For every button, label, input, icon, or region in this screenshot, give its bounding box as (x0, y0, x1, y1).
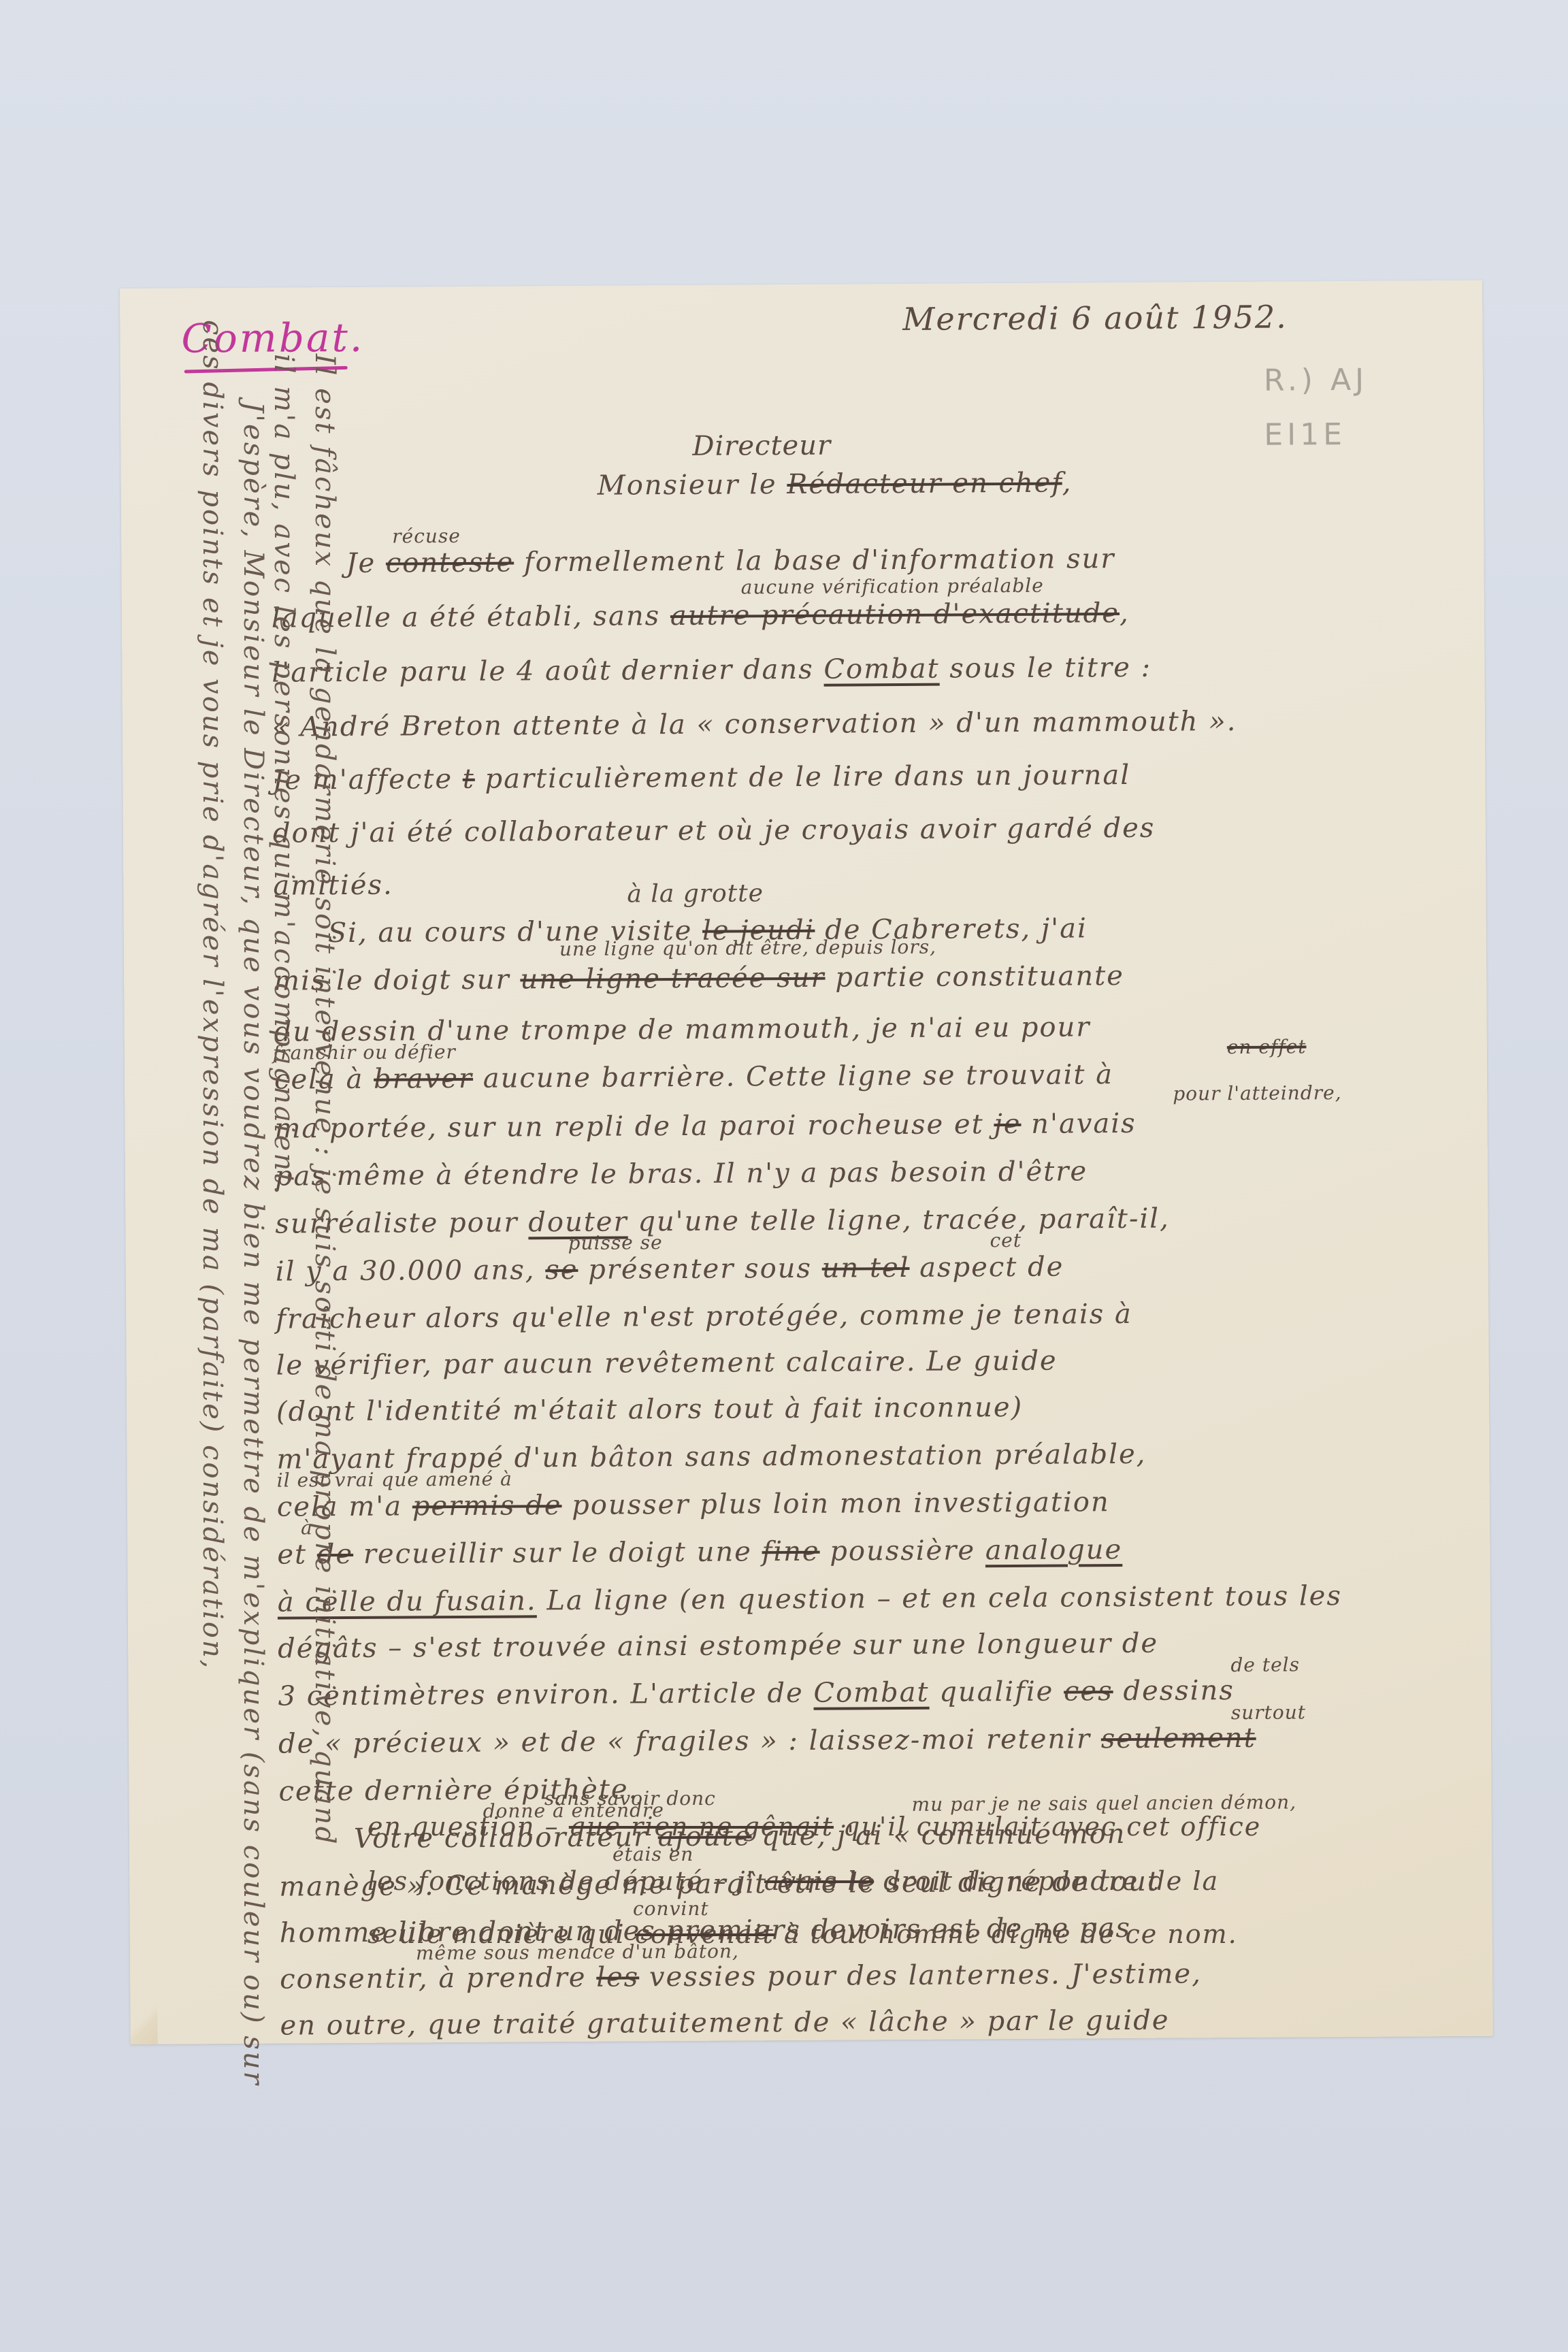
body-line: mis le doigt sur une ligne tracée sur pa… (274, 960, 1124, 998)
body-line: de « précieux » et de « fragiles » : lai… (278, 1722, 1256, 1761)
insert-struck: en effet (1227, 1036, 1307, 1058)
insert: il est vrai que amené à (277, 1469, 512, 1491)
letter-paper: Combat. Mercredi 6 août 1952. R.) AJ EI1… (120, 280, 1493, 2044)
body-line: 3 centimètres environ. L'article de Comb… (278, 1674, 1234, 1713)
body-line: il y a 30.000 ans, se présenter sous un … (276, 1251, 1064, 1288)
body-line: amitiés. (273, 869, 393, 902)
body-line: en outre, que traité gratuitement de « l… (280, 2004, 1169, 2042)
body-line: Votre collaborateur ajoute que, j'ai « c… (354, 1818, 1126, 1855)
header-underline (184, 366, 348, 374)
body-line: laquelle a été établi, sans autre précau… (272, 597, 1130, 635)
insert: surtout (1231, 1702, 1306, 1723)
salutation-insert: Directeur (692, 436, 831, 457)
salutation-prefix: Monsieur le (598, 469, 777, 502)
header-tag-combat: Combat. (181, 314, 364, 362)
body-line: « André Breton attente à la « conservati… (272, 705, 1237, 744)
body-line: et de recueillir sur le doigt une fine p… (277, 1533, 1122, 1571)
body-line: dégâts – s'est trouvée ainsi estompée su… (278, 1627, 1158, 1665)
underlined-combat: Combat (823, 653, 939, 685)
body-line: manège ». Ce manège me paraît être le se… (279, 1865, 1160, 1904)
insert: récuse (392, 526, 461, 547)
pencil-mark-1: R.) AJ (1264, 363, 1369, 398)
body-line: le vérifier, par aucun revêtement calcai… (276, 1345, 1058, 1382)
body-line: dont j'ai été collaborateur et où je cro… (273, 812, 1156, 850)
insert: mu par je ne sais quel ancien démon, (912, 1792, 1297, 1814)
body-line: (dont l'identité m'était alors tout à fa… (276, 1391, 1023, 1428)
insert: à la grotte (627, 883, 764, 904)
insert: de tels (1230, 1654, 1300, 1676)
insert: à (301, 1518, 313, 1538)
insert: pour l'atteindre, (1173, 1083, 1341, 1105)
insert: une ligne qu'on dit être, depuis lors, (559, 937, 936, 960)
body-line: fraîcheur alors qu'elle n'est protégée, … (276, 1298, 1132, 1336)
body-line: surréaliste pour douter qu'une telle lig… (275, 1203, 1170, 1241)
insert: donne à entendre (483, 1800, 664, 1822)
body-line: à celle du fusain. La ligne (en question… (278, 1580, 1342, 1619)
body-line: cela à braver aucune barrière. Cette lig… (274, 1058, 1113, 1096)
salutation-struck: Rédacteur en chef (787, 468, 1062, 500)
body-line: Je m'affecte t particulièrement de le li… (272, 759, 1130, 797)
body-line: l'article paru le 4 août dernier dans Co… (272, 651, 1151, 689)
insert: aucune vérification préalable (741, 576, 1044, 598)
body-line: consentir, à prendre les vessies pour de… (280, 1957, 1202, 1995)
body-line: cela m'a permis de pousser plus loin mon… (277, 1486, 1110, 1523)
letter-date: Mercredi 6 août 1952. (902, 301, 1288, 336)
insert: puisse se (568, 1232, 662, 1254)
salutation: Monsieur le Rédacteur en chef, (598, 466, 1073, 502)
insert: cet (990, 1230, 1022, 1251)
insert: franchir ou défier (273, 1042, 456, 1064)
body-line: pas même à étendre le bras. Il n'y a pas… (275, 1155, 1088, 1192)
body-line: ma portée, sur un repli de la paroi roch… (274, 1107, 1136, 1145)
pencil-mark-2: EI1E (1264, 417, 1346, 453)
